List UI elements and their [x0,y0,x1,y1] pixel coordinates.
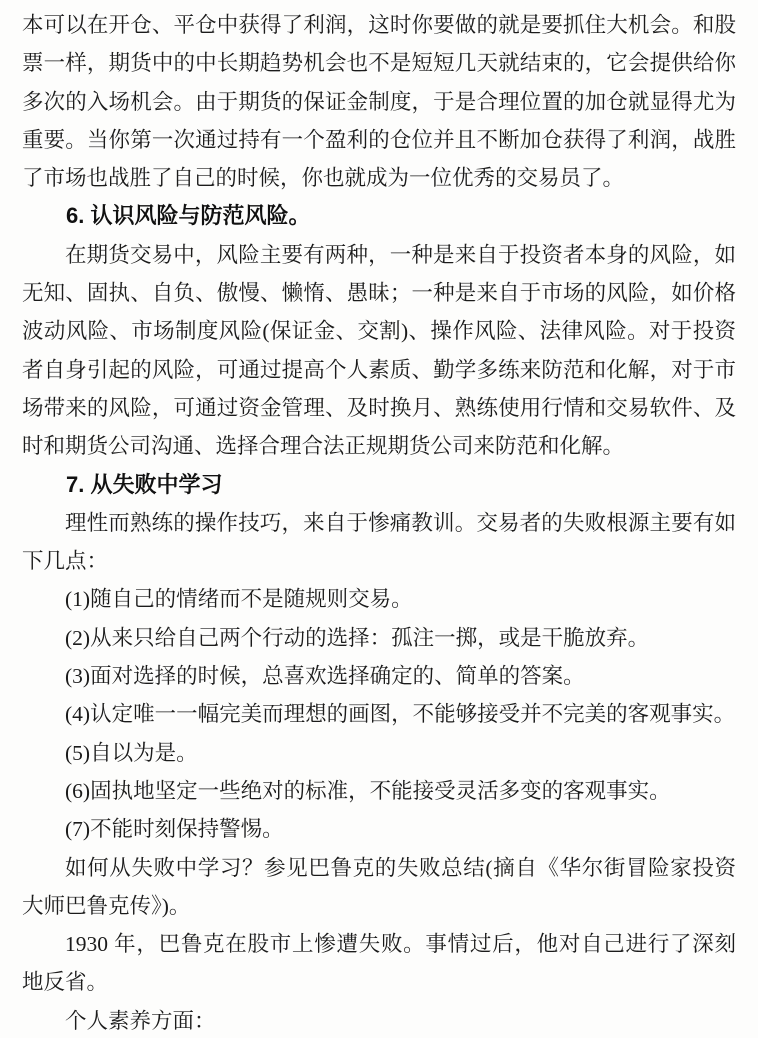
failure-list-item-3: (3)面对选择的时候，总喜欢选择确定的、简单的答案。 [22,657,736,695]
failure-list-item-5: (5)自以为是。 [22,734,736,772]
failure-list-item-7: (7)不能时刻保持警惕。 [22,810,736,848]
paragraph-learn-from-failure-intro: 理性而熟练的操作技巧，来自于惨痛教训。交易者的失败根源主要有如下几点： [22,504,736,581]
paragraph-baruch-reference: 如何从失败中学习？参见巴鲁克的失败总结(摘自《华尔街冒险家投资大师巴鲁克传》)。 [22,849,736,926]
continuation-paragraph: 本可以在开仓、平仓中获得了利润，这时你要做的就是要抓住大机会。和股票一样，期货中… [22,6,736,197]
section-heading-6: 6. 认识风险与防范风险。 [22,197,736,235]
failure-list-item-6: (6)固执地坚定一些绝对的标准，不能接受灵活多变的客观事实。 [22,772,736,810]
paragraph-personal-quality-lead: 个人素养方面： [22,1002,736,1038]
paragraph-baruch-1930: 1930 年，巴鲁克在股市上惨遭失败。事情过后，他对自己进行了深刻地反省。 [22,925,736,1002]
paragraph-risk: 在期货交易中，风险主要有两种，一种是来自于投资者本身的风险，如无知、固执、自负、… [22,236,736,466]
failure-list-item-2: (2)从来只给自己两个行动的选择：孤注一掷，或是干脆放弃。 [22,619,736,657]
section-heading-7: 7. 从失败中学习 [22,466,736,504]
failure-list-item-4: (4)认定唯一一幅完美而理想的画图，不能够接受并不完美的客观事实。 [22,695,736,733]
failure-list-item-1: (1)随自己的情绪而不是随规则交易。 [22,580,736,618]
document-page: 本可以在开仓、平仓中获得了利润，这时你要做的就是要抓住大机会。和股票一样，期货中… [0,0,758,1038]
